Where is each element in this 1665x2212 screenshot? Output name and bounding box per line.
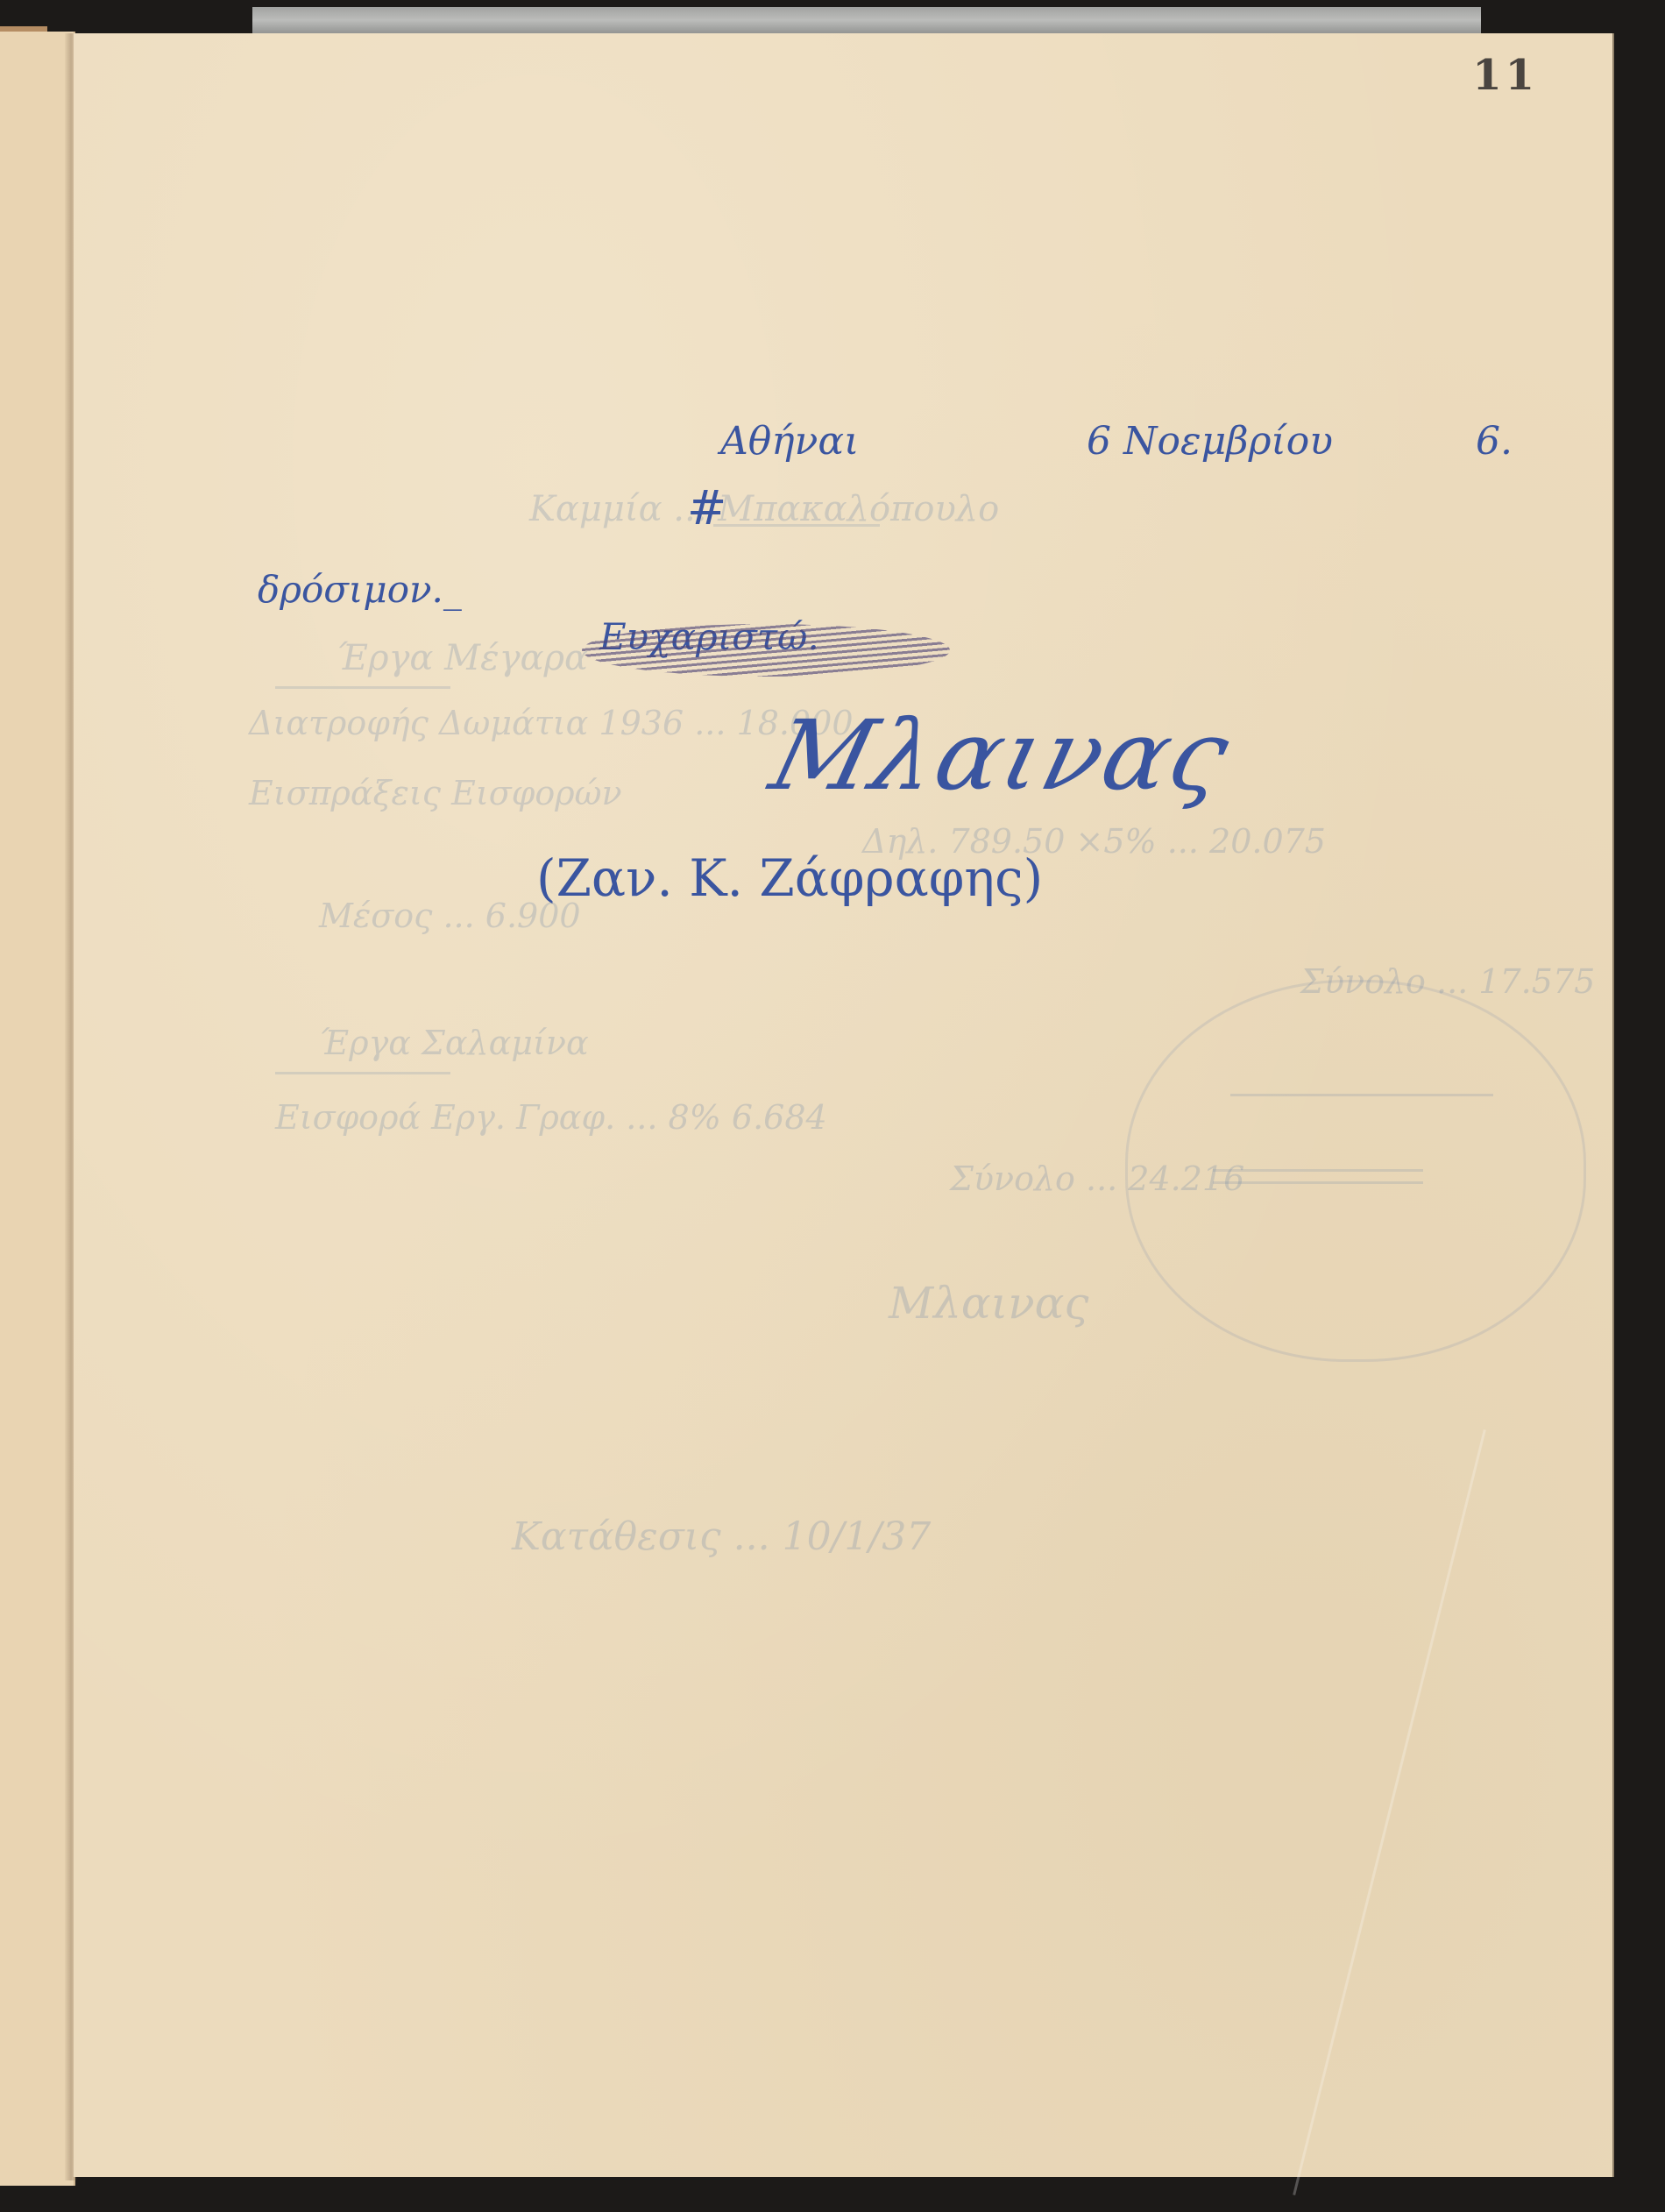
page-number: 11 bbox=[1472, 51, 1538, 100]
show-through-line: Εισφορά Εργ. Γραφ. ... 8% 6.684 bbox=[275, 1098, 827, 1137]
page-edge bbox=[0, 26, 47, 32]
hash-mark: # bbox=[687, 480, 726, 535]
show-through-line: Έργα Μέγαρα bbox=[337, 638, 588, 678]
show-through-line: Κατάθεσις ... 10/1/37 bbox=[512, 1514, 931, 1559]
header-year: 6. bbox=[1476, 419, 1513, 464]
salutation: δρόσιμον._ bbox=[258, 568, 462, 611]
signature: Μλαινας bbox=[761, 699, 1241, 812]
strike-through-scribble bbox=[582, 624, 950, 677]
show-through-line: Διατροφής Δωμάτια 1936 ... 18.000 bbox=[249, 704, 854, 742]
paper-crease bbox=[1293, 1429, 1486, 2195]
show-through-line: Έργα Σαλαμίνα bbox=[319, 1024, 589, 1062]
show-through-rule bbox=[713, 524, 880, 527]
show-through-oval bbox=[1125, 980, 1586, 1362]
show-through-rule bbox=[275, 686, 450, 689]
struck-out-word: Ευχαριστώ. bbox=[582, 612, 950, 673]
show-through-rule bbox=[275, 1072, 450, 1074]
document-page: 11 Καμμία ... Μπακαλόπουλο Έργα Μέγαρα Δ… bbox=[74, 33, 1614, 2177]
header-date: 6 Νοεμβρίου bbox=[1087, 419, 1333, 464]
header-place: Αθήναι bbox=[720, 419, 859, 464]
signature-printed-name: (Ζαν. Κ. Ζάφραφης) bbox=[536, 848, 1043, 908]
show-through-signature: Μλαινας bbox=[889, 1278, 1088, 1329]
show-through-line: Εισπράξεις Εισφορών bbox=[249, 774, 622, 812]
tissue-strip bbox=[252, 7, 1481, 33]
